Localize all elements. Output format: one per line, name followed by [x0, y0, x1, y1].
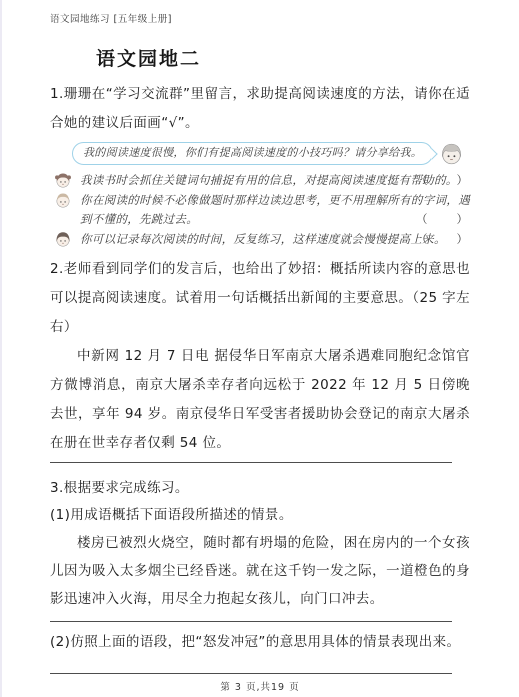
document-header: 语文园地练习 [五年级上册]: [50, 14, 470, 26]
answer-blank-1: （ ）: [416, 171, 470, 190]
question-3-block: 3.根据要求完成练习。 (1)用成语概括下面语段所描述的情景。: [50, 475, 470, 529]
news-passage: 中新网 12 月 7 日电 据侵华日军南京大屠杀遇难同胞纪念馆官方微博消息，南京…: [50, 342, 470, 458]
answer-blank-2: （ ）: [416, 210, 470, 229]
speech-bubble: 我的阅读速度很慢，你们有提高阅读速度的小技巧吗？请分享给我。: [72, 142, 433, 165]
worksheet-page: 语文园地练习 [五年级上册] 语文园地二 1.珊珊在“学习交流群”里留言，求助提…: [0, 0, 519, 697]
reply-list: 我读书时会抓住关键词句捕捉有用的信息，对提高阅读速度挺有帮助的。 （ ） 你在阅…: [50, 171, 470, 249]
answer-line-2: [50, 621, 452, 622]
reply-row-1: 我读书时会抓住关键词句捕捉有用的信息，对提高阅读速度挺有帮助的。 （ ）: [54, 171, 470, 190]
question-3-prompt: 3.根据要求完成练习。: [50, 475, 470, 502]
boy-avatar-icon: [54, 191, 72, 209]
page-title: 语文园地二: [96, 46, 470, 72]
reply-row-3: 你可以记录每次阅读的时间，反复练习，这样速度就会慢慢提高上来。 （ ）: [54, 230, 470, 249]
reply-text: 你可以记录每次阅读的时间，反复练习，这样速度就会慢慢提高上来。 （ ）: [80, 230, 470, 249]
girl-curly-avatar-icon: [54, 230, 72, 248]
fire-passage: 楼房已被烈火烧空，随时都有坍塌的危险，困在房内的一个女孩儿因为吸入太多烟尘已经昏…: [50, 529, 470, 613]
answer-blank-3: （ ）: [416, 230, 470, 249]
girl-pigtails-avatar-icon: [54, 171, 72, 189]
girl-bob-avatar-icon: [439, 141, 464, 166]
reply-1-content: 我读书时会抓住关键词句捕捉有用的信息，对提高阅读速度挺有帮助的。: [80, 173, 458, 187]
page-number: 第 3 页,共19 页: [50, 682, 470, 694]
answer-line-1: [50, 462, 452, 463]
reply-text: 你在阅读的时候不必像做题时那样边读边思考，更不用理解所有的字词，遇到不懂的，先跳…: [80, 191, 470, 229]
question-2-prompt: 2.老师看到同学们的发言后，也给出了妙招：概括所读内容的意思也可以提高阅读速度。…: [50, 255, 470, 342]
question-3-sub2: (2)仿照上面的语段，把“怒发冲冠”的意思用具体的情景表现出来。: [50, 628, 470, 657]
asker-message-row: 我的阅读速度很慢，你们有提高阅读速度的小技巧吗？请分享给我。: [50, 140, 470, 167]
reply-row-2: 你在阅读的时候不必像做题时那样边读边思考，更不用理解所有的字词，遇到不懂的，先跳…: [54, 191, 470, 229]
question-1-prompt: 1.珊珊在“学习交流群”里留言，求助提高阅读速度的方法，请你在适合她的建议后面画…: [50, 80, 470, 138]
answer-line-3: [50, 673, 452, 674]
reply-2-content: 你在阅读的时候不必像做题时那样边读边思考，更不用理解所有的字词，遇到不懂的，先跳…: [80, 193, 470, 226]
question-3-sub1: (1)用成语概括下面语段所描述的情景。: [50, 502, 470, 529]
reply-text: 我读书时会抓住关键词句捕捉有用的信息，对提高阅读速度挺有帮助的。 （ ）: [80, 171, 470, 190]
reply-3-content: 你可以记录每次阅读的时间，反复练习，这样速度就会慢慢提高上来。: [80, 232, 446, 246]
